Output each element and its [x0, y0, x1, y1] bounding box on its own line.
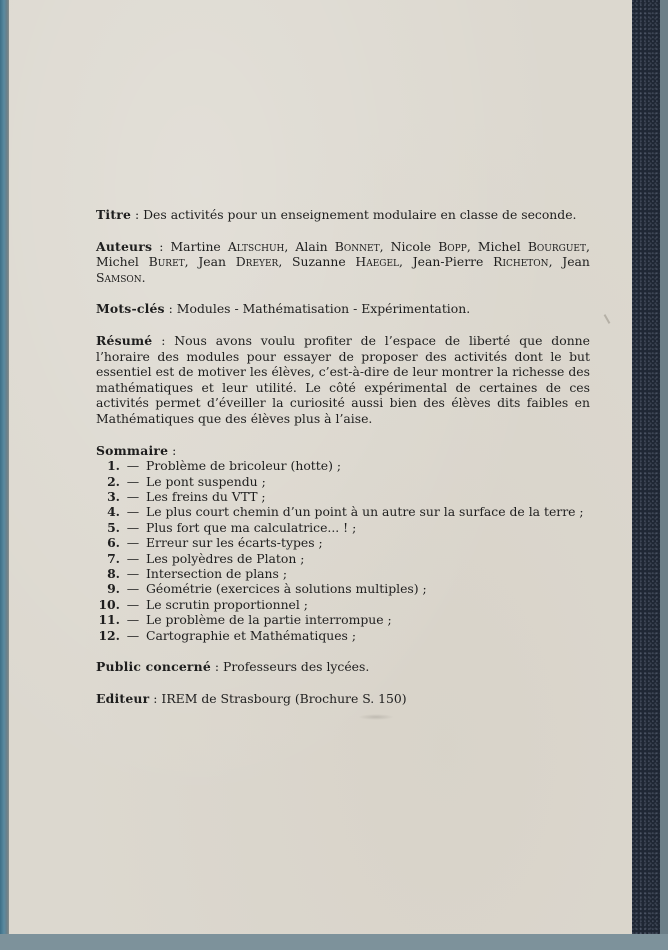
- contents-item: 9.—Géométrie (exercices à solutions mult…: [96, 581, 590, 596]
- author: Michel Buret: [96, 254, 185, 269]
- author: Jean-Pierre Richeton: [413, 254, 549, 269]
- author: Nicole Bopp: [391, 239, 467, 254]
- title-separator: :: [131, 207, 143, 222]
- keywords-field: Mots-clés : Modules - Mathématisation - …: [96, 301, 590, 317]
- keywords-label: Mots-clés: [96, 301, 165, 316]
- summary-separator: :: [152, 333, 174, 348]
- publisher-separator: :: [149, 691, 161, 706]
- contents-label: Sommaire: [96, 443, 168, 458]
- contents-separator: :: [168, 443, 176, 458]
- contents-item: 7.—Les polyèdres de Platon ;: [96, 551, 590, 566]
- contents-section: Sommaire : 1.—Problème de bricoleur (hot…: [96, 443, 590, 643]
- keywords-separator: :: [165, 301, 177, 316]
- contents-item: 8.—Intersection de plans ;: [96, 566, 590, 581]
- contents-item: 4.—Le plus court chemin d’un point à un …: [96, 504, 590, 519]
- scan-background: [0, 934, 668, 950]
- contents-heading: Sommaire :: [96, 443, 590, 459]
- audience-field: Public concerné : Professeurs des lycées…: [96, 659, 590, 675]
- authors-label: Auteurs: [96, 239, 152, 254]
- title-label: Titre: [96, 207, 131, 222]
- author: Suzanne Haegel: [292, 254, 399, 269]
- summary-label: Résumé: [96, 333, 152, 348]
- authors-separator: :: [152, 239, 170, 254]
- contents-item: 3.—Les freins du VTT ;: [96, 489, 590, 504]
- publisher-value: IREM de Strasbourg (Brochure S. 150): [161, 691, 406, 706]
- contents-item: 1.—Problème de bricoleur (hotte) ;: [96, 458, 590, 473]
- document-content: Titre : Des activités pour un enseigneme…: [96, 207, 590, 722]
- audience-label: Public concerné: [96, 659, 211, 674]
- author: Michel Bourguet: [478, 239, 586, 254]
- keywords-value: Modules - Mathématisation - Expérimentat…: [177, 301, 470, 316]
- contents-item: 2.—Le pont suspendu ;: [96, 474, 590, 489]
- publisher-field: Editeur : IREM de Strasbourg (Brochure S…: [96, 691, 590, 707]
- author: Martine Altschuh: [171, 239, 285, 254]
- paper-mark: [604, 314, 611, 324]
- author: Jean Dreyer: [198, 254, 278, 269]
- book-binding: [632, 0, 660, 934]
- author: Alain Bonnet: [295, 239, 379, 254]
- scan-right-edge: [660, 0, 668, 950]
- scan-left-edge: [0, 0, 9, 935]
- contents-item: 11.—Le problème de la partie interrompue…: [96, 612, 590, 627]
- contents-item: 10.—Le scrutin proportionnel ;: [96, 597, 590, 612]
- title-field: Titre : Des activités pour un enseigneme…: [96, 207, 590, 223]
- authors-field: Auteurs : Martine Altschuh, Alain Bonnet…: [96, 239, 590, 286]
- audience-separator: :: [211, 659, 223, 674]
- contents-item: 12.—Cartographie et Mathématiques ;: [96, 628, 590, 643]
- audience-value: Professeurs des lycées.: [223, 659, 369, 674]
- contents-list: 1.—Problème de bricoleur (hotte) ; 2.—Le…: [96, 458, 590, 643]
- summary-field: Résumé : Nous avons voulu profiter de l’…: [96, 333, 590, 427]
- contents-item: 6.—Erreur sur les écarts-types ;: [96, 535, 590, 550]
- contents-item: 5.—Plus fort que ma calculatrice... ! ;: [96, 520, 590, 535]
- publisher-label: Editeur: [96, 691, 149, 706]
- title-value: Des activités pour un enseignement modul…: [143, 207, 576, 222]
